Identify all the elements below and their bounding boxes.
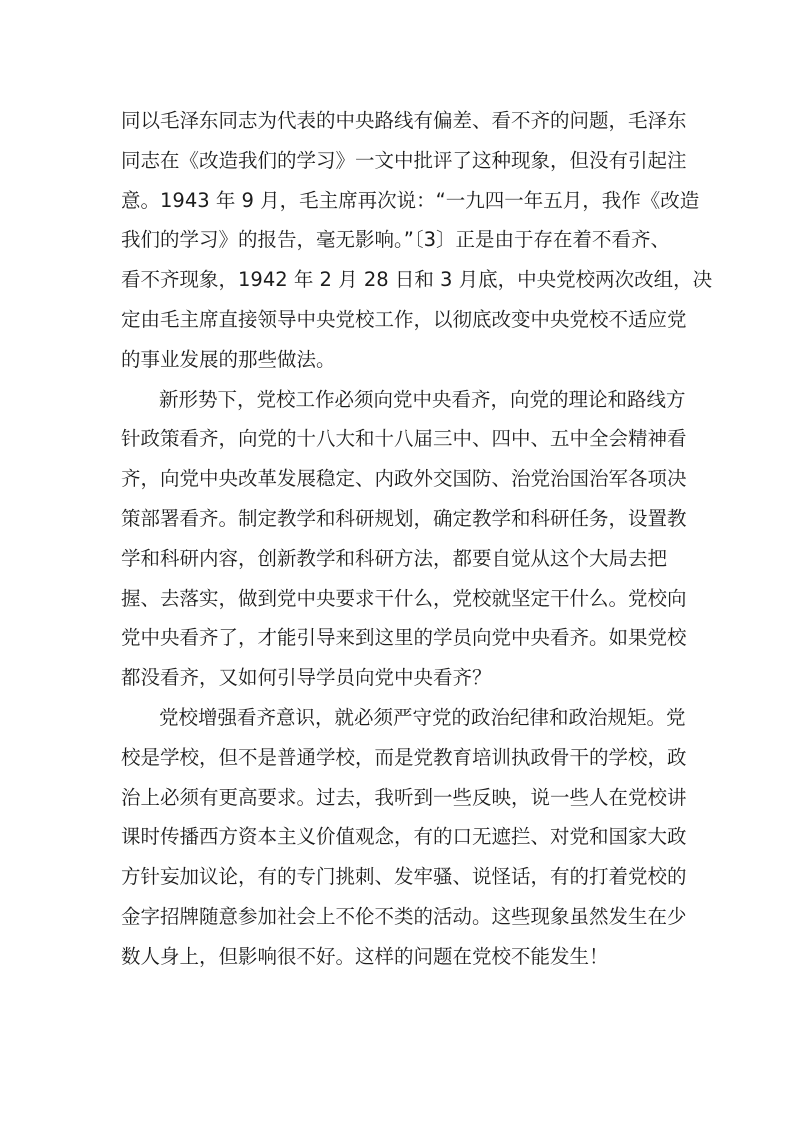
text-line: 意。1943 年 9 月，毛主席再次说：“一九四一年五月，我作《改造	[121, 181, 666, 221]
text-line: 同志在《改造我们的学习》一文中批评了这种现象，但没有引起注	[121, 141, 666, 181]
text-line: 数人身上，但影响很不好。这样的问题在党校不能发生！	[121, 937, 666, 977]
text-line: 新形势下，党校工作必须向党中央看齐，向党的理论和路线方	[121, 380, 666, 420]
document-page: 同以毛泽东同志为代表的中央路线有偏差、看不齐的问题，毛泽东 同志在《改造我们的学…	[0, 0, 800, 1130]
text-line: 方针妄加议论，有的专门挑刺、发牢骚、说怪话，有的打着党校的	[121, 857, 666, 897]
document-body: 同以毛泽东同志为代表的中央路线有偏差、看不齐的问题，毛泽东 同志在《改造我们的学…	[121, 101, 666, 977]
paragraph-2: 新形势下，党校工作必须向党中央看齐，向党的理论和路线方 针政策看齐，向党的十八大…	[121, 380, 666, 698]
text-line: 定由毛主席直接领导中央党校工作，以彻底改变中央党校不适应党	[121, 300, 666, 340]
paragraph-1: 同以毛泽东同志为代表的中央路线有偏差、看不齐的问题，毛泽东 同志在《改造我们的学…	[121, 101, 666, 380]
text-line: 看不齐现象，1942 年 2 月 28 日和 3 月底，中央党校两次改组，决	[121, 260, 666, 300]
text-line: 都没看齐，又如何引导学员向党中央看齐？	[121, 658, 666, 698]
text-line: 握、去落实，做到党中央要求干什么，党校就坚定干什么。党校向	[121, 579, 666, 619]
text-line: 齐，向党中央改革发展稳定、内政外交国防、治党治国治军各项决	[121, 459, 666, 499]
text-line: 同以毛泽东同志为代表的中央路线有偏差、看不齐的问题，毛泽东	[121, 101, 666, 141]
text-line: 党中央看齐了，才能引导来到这里的学员向党中央看齐。如果党校	[121, 618, 666, 658]
text-line: 党校增强看齐意识，就必须严守党的政治纪律和政治规矩。党	[121, 698, 666, 738]
text-line: 我们的学习》的报告，毫无影响。”〔3〕正是由于存在着不看齐、	[121, 220, 666, 260]
text-line: 的事业发展的那些做法。	[121, 340, 666, 380]
text-line: 策部署看齐。制定教学和科研规划，确定教学和科研任务，设置教	[121, 499, 666, 539]
text-line: 金字招牌随意参加社会上不伦不类的活动。这些现象虽然发生在少	[121, 897, 666, 937]
text-line: 课时传播西方资本主义价值观念，有的口无遮拦、对党和国家大政	[121, 817, 666, 857]
text-line: 学和科研内容，创新教学和科研方法，都要自觉从这个大局去把	[121, 539, 666, 579]
text-line: 针政策看齐，向党的十八大和十八届三中、四中、五中全会精神看	[121, 419, 666, 459]
text-line: 治上必须有更高要求。过去，我听到一些反映，说一些人在党校讲	[121, 778, 666, 818]
text-line: 校是学校，但不是普通学校，而是党教育培训执政骨干的学校，政	[121, 738, 666, 778]
paragraph-3: 党校增强看齐意识，就必须严守党的政治纪律和政治规矩。党 校是学校，但不是普通学校…	[121, 698, 666, 977]
